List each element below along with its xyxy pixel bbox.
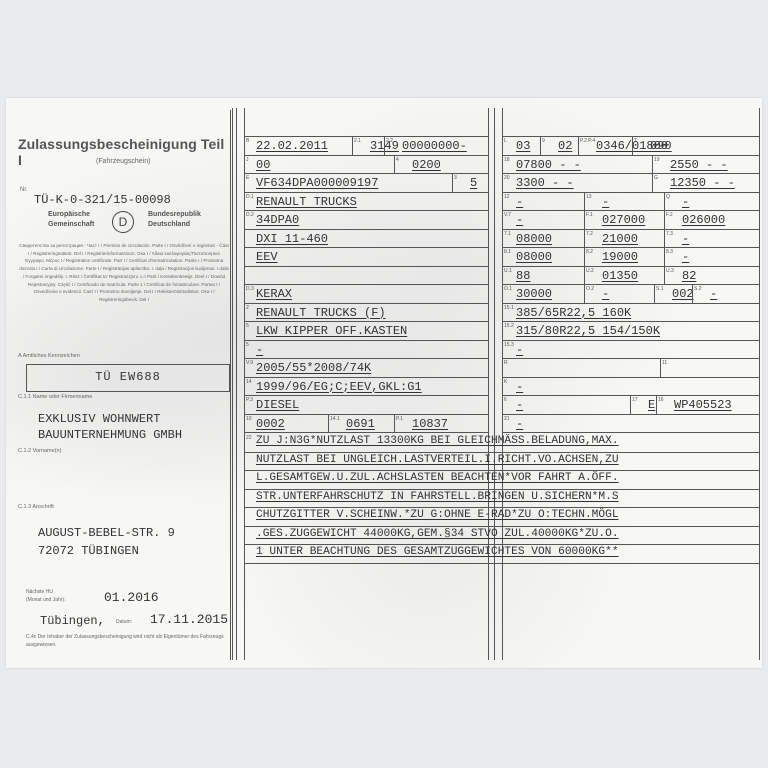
row-divider xyxy=(502,229,760,230)
field-value: 00000000- xyxy=(402,139,467,153)
registration-certificate: Zulassungsbescheinigung Teil I (Fahrzeug… xyxy=(6,98,762,668)
row-divider xyxy=(244,470,760,471)
address-line-1: AUGUST-BEBEL-STR. 9 xyxy=(38,526,175,540)
country-line-1: Bundesrepublik xyxy=(148,210,201,220)
cell-divider xyxy=(664,229,665,248)
address-line-2: 72072 TÜBINGEN xyxy=(38,544,139,558)
field-value: 5 xyxy=(470,176,477,190)
field-code: J xyxy=(246,157,249,163)
row-divider xyxy=(502,340,760,341)
c4c-note: C.4c Der Inhaber der Zulassungsbescheini… xyxy=(26,633,231,649)
license-plate: TÜ EW688 xyxy=(27,370,229,384)
owner-name-line-1: EXKLUSIV WOHNWERT xyxy=(38,412,160,426)
field-code: 18 xyxy=(504,157,510,163)
cell-divider xyxy=(328,414,329,433)
row-divider xyxy=(244,192,488,193)
field-value: - xyxy=(516,380,523,394)
field-value: - xyxy=(602,195,609,209)
field-code: 7.2 xyxy=(586,231,593,237)
field-value: 08000 xyxy=(516,250,552,264)
field-value: E xyxy=(648,398,655,412)
field-code: 15.3 xyxy=(504,342,514,348)
field-code: F.1 xyxy=(586,212,593,218)
field-value: 03 xyxy=(516,139,530,153)
field-value: 21000 xyxy=(602,232,638,246)
field-code: R xyxy=(504,360,508,366)
kennzeichen-label: A Amtliches Kennzeichen xyxy=(18,353,80,359)
row-divider xyxy=(244,210,488,211)
field-value: 090 xyxy=(650,139,672,153)
row-divider xyxy=(244,136,488,137)
field-code: 13 xyxy=(586,194,592,200)
field-code: U.3 xyxy=(666,268,674,274)
cell-divider xyxy=(578,136,579,155)
field-value: 01350 xyxy=(602,269,638,283)
field-value: 07800 - - xyxy=(516,158,581,172)
field-code: 14.1 xyxy=(330,416,340,422)
remark-line: CHUTZGITTER V.SCHEINW.*ZU G:OHNE E-RAD*Z… xyxy=(256,509,619,521)
field-value: 0691 xyxy=(346,417,375,431)
field-value: WP405523 xyxy=(674,398,732,412)
field-code: 7.3 xyxy=(666,231,673,237)
row-divider xyxy=(244,395,488,396)
cell-divider xyxy=(660,358,661,377)
cell-divider xyxy=(584,284,585,303)
field-code: V.9 xyxy=(246,360,253,366)
field-value: DXI 11-460 xyxy=(256,232,328,246)
grid-border xyxy=(232,108,233,660)
holder-panel: Zulassungsbescheinigung Teil I (Fahrzeug… xyxy=(8,110,231,660)
cell-divider xyxy=(584,229,585,248)
field-code: B xyxy=(246,138,249,144)
row-divider xyxy=(502,136,760,137)
field-code: 8.3 xyxy=(666,249,673,255)
row-divider xyxy=(244,229,488,230)
eu-line-2: Gemeinschaft xyxy=(48,220,94,230)
field-code: 20 xyxy=(504,175,510,181)
field-code: 4 xyxy=(396,157,399,163)
hu-label-line-2: (Monat und Jahr): xyxy=(26,596,65,604)
field-code: 6 xyxy=(504,397,507,403)
cell-divider xyxy=(384,136,385,155)
c13-label: C.1.3 Anschrift xyxy=(18,504,54,510)
field-value: 3300 - - xyxy=(516,176,574,190)
remark-line: NUTZLAST BEI UNGLEICH.LASTVERTEIL.I.RICH… xyxy=(256,454,619,466)
field-code: 5 xyxy=(246,323,249,329)
row-divider xyxy=(502,155,760,156)
field-value: 08000 xyxy=(516,232,552,246)
hu-label-line-1: Nächste HU xyxy=(26,588,65,596)
country-line-2: Deutschland xyxy=(148,220,201,230)
field-value: 026000 xyxy=(682,213,725,227)
row-divider xyxy=(244,247,488,248)
row-divider xyxy=(502,192,760,193)
field-value: - xyxy=(256,343,263,357)
field-code: E xyxy=(246,175,249,181)
field-code: 5 xyxy=(246,342,249,348)
field-value: - xyxy=(516,213,523,227)
row-divider xyxy=(244,563,760,564)
row-divider xyxy=(244,266,488,267)
field-value: 385/65R22,5 160K xyxy=(516,306,631,320)
field-code: S.1 xyxy=(656,286,664,292)
field-value: 88 xyxy=(516,269,530,283)
field-code: P.2 P.4 xyxy=(580,138,595,144)
row-divider xyxy=(244,414,488,415)
field-code: 12 xyxy=(504,194,510,200)
field-code: 7.1 xyxy=(504,231,511,237)
field-code: G xyxy=(654,175,658,181)
eu-line-1: Europäische xyxy=(48,210,94,220)
cell-divider xyxy=(584,210,585,229)
field-value: 12350 - - xyxy=(670,176,735,190)
row-divider xyxy=(244,321,488,322)
row-divider xyxy=(502,266,760,267)
row-divider xyxy=(244,489,760,490)
field-code: 2.2 xyxy=(386,138,393,144)
remark-line: .GES.ZUGGEWICHT 44000KG,GEM.§34 STVO ZUL… xyxy=(256,528,619,540)
remark-line: L.GESAMTGEW.U.ZUL.ACHSLASTEN BEACHTEN*VO… xyxy=(256,472,619,484)
field-value: 30000 xyxy=(516,287,552,301)
cell-divider xyxy=(584,192,585,211)
row-divider xyxy=(244,377,488,378)
field-value: 02 xyxy=(558,139,572,153)
field-value: - xyxy=(602,287,609,301)
cell-divider xyxy=(452,173,453,192)
cell-divider xyxy=(630,395,631,414)
field-code: 10 xyxy=(246,416,252,422)
issue-date: 17.11.2015 xyxy=(150,612,228,627)
field-value: 82 xyxy=(682,269,696,283)
field-value: 002 xyxy=(672,287,694,301)
field-value: 0200 xyxy=(412,158,441,172)
cell-divider xyxy=(664,247,665,266)
field-code: L xyxy=(504,138,507,144)
field-value: KERAX xyxy=(256,287,292,301)
field-code: 8.2 xyxy=(586,249,593,255)
cell-divider xyxy=(352,136,353,155)
field-code: T xyxy=(634,138,637,144)
field-code: P.1 xyxy=(396,416,403,422)
field-value: 1999/96/EG;C;EEV,GKL:G1 xyxy=(256,380,422,394)
row-divider xyxy=(502,303,760,304)
grid-border xyxy=(236,108,237,660)
cell-divider xyxy=(654,284,655,303)
field-value: - xyxy=(516,398,523,412)
field-value: 027000 xyxy=(602,213,645,227)
row-divider xyxy=(502,358,760,359)
cell-divider xyxy=(540,136,541,155)
field-code: K xyxy=(504,379,507,385)
cell-divider xyxy=(652,155,653,174)
eu-label: Europäische Gemeinschaft xyxy=(48,210,94,230)
cell-divider xyxy=(584,247,585,266)
row-divider xyxy=(502,395,760,396)
field-value: VF634DPA000009197 xyxy=(256,176,378,190)
field-code: 2.1 xyxy=(354,138,361,144)
field-value: EEV xyxy=(256,250,278,264)
remark-line: 1 UNTER BEACHTUNG DES GESAMTZUGGEWICHTES… xyxy=(256,546,619,558)
country-label: Bundesrepublik Deutschland xyxy=(148,210,201,230)
field-value: 315/80R22,5 154/150K xyxy=(516,324,660,338)
row-divider xyxy=(502,284,760,285)
cell-divider xyxy=(664,192,665,211)
document-subtitle: (Fahrzeugschein) xyxy=(96,158,150,165)
c11-label: C.1.1 Name oder Firmenname xyxy=(18,394,92,400)
cell-divider xyxy=(664,266,665,285)
field-value: 2550 - - xyxy=(670,158,728,172)
field-value: - xyxy=(710,287,717,301)
hu-label: Nächste HU (Monat und Jahr): xyxy=(26,588,65,604)
field-code: F.2 xyxy=(666,212,673,218)
field-value: 2005/55*2008/74K xyxy=(256,361,371,375)
field-code: S.2 xyxy=(694,286,702,292)
row-divider xyxy=(244,544,760,545)
row-divider xyxy=(244,452,760,453)
field-code: O.1 xyxy=(504,286,512,292)
field-code: 19 xyxy=(654,157,660,163)
field-code: 3 xyxy=(454,175,457,181)
document-number: TÜ-K-0-321/15-00098 xyxy=(34,193,171,207)
field-code: 14 xyxy=(246,379,252,385)
owner-name-line-2: BAUUNTERNEHMUNG GMBH xyxy=(38,428,182,442)
vehicle-data-grid: B22.02.20112.131492.200000000-J0040200EV… xyxy=(232,108,760,660)
row-divider xyxy=(244,432,488,433)
cell-divider xyxy=(394,155,395,174)
field-value: LKW KIPPER OFF.KASTEN xyxy=(256,324,407,338)
field-code: D.2 xyxy=(246,212,254,218)
row-divider xyxy=(502,414,760,415)
field-value: 00 xyxy=(256,158,270,172)
field-code: U.2 xyxy=(586,268,594,274)
cell-divider xyxy=(632,136,633,155)
cell-divider xyxy=(652,173,653,192)
row-divider xyxy=(502,247,760,248)
license-plate-box: TÜ EW688 xyxy=(26,364,230,392)
field-code: 15.1 xyxy=(504,305,514,311)
country-code-icon: D xyxy=(112,211,134,233)
remark-line: ZU J:N3G*NUTZLAST 13300KG BEI GLEICHMÄSS… xyxy=(256,435,619,447)
field-value: RENAULT TRUCKS xyxy=(256,195,357,209)
remark-line: STR.UNTERFAHRSCHUTZ IN FAHRSTELL.BRINGEN… xyxy=(256,491,619,503)
field-value: RENAULT TRUCKS (F) xyxy=(256,306,386,320)
row-divider xyxy=(502,173,760,174)
nr-label: Nr. xyxy=(20,187,28,193)
field-value: DIESEL xyxy=(256,398,299,412)
field-value: 10837 xyxy=(412,417,448,431)
field-code: 15.2 xyxy=(504,323,514,329)
field-value: 34DPA0 xyxy=(256,213,299,227)
field-value: - xyxy=(516,417,523,431)
field-code: O.2 xyxy=(586,286,594,292)
field-value: - xyxy=(682,195,689,209)
row-divider xyxy=(244,507,760,508)
field-code: U.1 xyxy=(504,268,512,274)
row-divider xyxy=(502,321,760,322)
issue-place: Tübingen, xyxy=(40,614,105,628)
cell-divider xyxy=(394,414,395,433)
field-code: 9 xyxy=(542,138,545,144)
row-divider xyxy=(244,358,488,359)
row-divider xyxy=(502,432,760,433)
field-value: - xyxy=(516,343,523,357)
datum-label: Datum: xyxy=(116,619,132,625)
field-code: V.7 xyxy=(504,212,511,218)
row-divider xyxy=(502,210,760,211)
field-code: 16 xyxy=(658,397,664,403)
row-divider xyxy=(244,303,488,304)
field-code: 2 xyxy=(246,305,249,311)
field-code: Q xyxy=(666,194,670,200)
row-divider xyxy=(244,526,760,527)
field-value: 0002 xyxy=(256,417,285,431)
field-value: - xyxy=(516,195,523,209)
field-value: 19000 xyxy=(602,250,638,264)
next-inspection: 01.2016 xyxy=(104,590,159,605)
cell-divider xyxy=(692,284,693,303)
field-code: 22 xyxy=(246,435,252,441)
field-code: 21 xyxy=(504,416,510,422)
row-divider xyxy=(244,155,488,156)
row-divider xyxy=(244,340,488,341)
field-code: D.3 xyxy=(246,286,254,292)
multilingual-title: Свидетелство за регистрация - Част I / P… xyxy=(18,242,230,304)
row-divider xyxy=(244,284,488,285)
field-value: 22.02.2011 xyxy=(256,139,328,153)
field-code: D.1 xyxy=(246,194,254,200)
grid-border xyxy=(488,108,489,660)
row-divider xyxy=(502,377,760,378)
cell-divider xyxy=(664,210,665,229)
field-code: 11 xyxy=(662,360,667,366)
cell-divider xyxy=(584,266,585,285)
grid-border xyxy=(494,108,495,660)
field-code: P.3 xyxy=(246,397,253,403)
field-code: 17 xyxy=(632,397,638,403)
field-value: - xyxy=(682,250,689,264)
cell-divider xyxy=(656,395,657,414)
field-value: - xyxy=(682,232,689,246)
c12-label: C.1.2 Vorname(n) xyxy=(18,448,61,454)
field-code: 8.1 xyxy=(504,249,511,255)
